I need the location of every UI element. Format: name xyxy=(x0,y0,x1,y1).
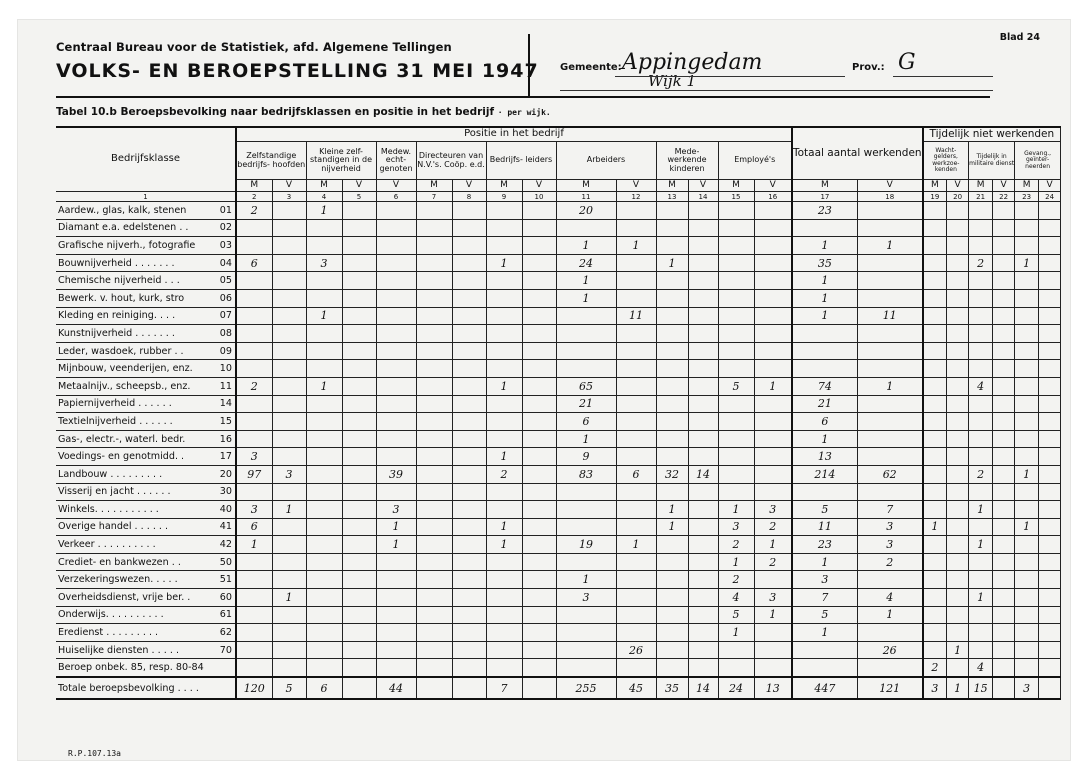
data-cell xyxy=(376,448,416,466)
data-cell xyxy=(556,553,616,571)
data-cell xyxy=(923,448,947,466)
row-code: 61 xyxy=(220,609,235,620)
data-cell xyxy=(688,641,718,659)
data-cell xyxy=(272,413,306,431)
data-cell xyxy=(1039,677,1061,699)
data-cell xyxy=(718,659,754,677)
data-cell: 1 xyxy=(656,518,688,536)
data-cell xyxy=(556,360,616,378)
data-cell xyxy=(754,272,792,290)
data-cell xyxy=(969,272,993,290)
data-cell: 45 xyxy=(616,677,656,699)
data-cell xyxy=(416,289,452,307)
form-code: R.P.107.13a xyxy=(68,749,121,758)
data-cell xyxy=(522,659,556,677)
table-row: Papiernijverheid . . . . . .142121 xyxy=(56,395,1061,413)
data-cell: 447 xyxy=(792,677,857,699)
data-cell xyxy=(452,272,486,290)
data-cell xyxy=(272,325,306,343)
data-cell: 26 xyxy=(857,641,922,659)
data-cell xyxy=(1039,518,1061,536)
data-cell xyxy=(306,219,342,237)
data-cell: 24 xyxy=(556,254,616,272)
data-cell xyxy=(656,413,688,431)
data-cell xyxy=(688,289,718,307)
data-cell: 5 xyxy=(272,677,306,699)
data-cell xyxy=(272,237,306,255)
data-cell xyxy=(947,624,969,642)
row-code: 08 xyxy=(220,328,235,339)
data-cell: 4 xyxy=(857,589,922,607)
data-cell xyxy=(656,272,688,290)
data-cell xyxy=(416,465,452,483)
gender-m-header: M xyxy=(923,180,947,192)
gender-v-header: V xyxy=(857,180,922,192)
data-cell xyxy=(688,606,718,624)
data-cell xyxy=(452,202,486,220)
data-cell xyxy=(342,448,376,466)
data-cell xyxy=(272,272,306,290)
data-cell xyxy=(522,413,556,431)
data-cell xyxy=(272,448,306,466)
data-cell xyxy=(556,342,616,360)
data-cell xyxy=(923,553,947,571)
data-cell xyxy=(416,237,452,255)
data-cell xyxy=(486,325,522,343)
data-cell xyxy=(754,483,792,501)
data-cell xyxy=(688,342,718,360)
row-label-text: Papiernijverheid . . . . . . xyxy=(58,398,172,409)
column-number: 14 xyxy=(688,192,718,202)
data-cell xyxy=(792,659,857,677)
data-cell xyxy=(656,606,688,624)
data-cell xyxy=(272,553,306,571)
data-cell xyxy=(656,237,688,255)
row-code: 17 xyxy=(220,451,235,462)
row-label: Landbouw . . . . . . . . .20 xyxy=(56,465,236,483)
column-number: 20 xyxy=(947,192,969,202)
data-cell xyxy=(376,289,416,307)
data-cell xyxy=(857,272,922,290)
data-cell xyxy=(272,219,306,237)
table-row: Winkels. . . . . . . . . . .40313113571 xyxy=(56,501,1061,519)
row-label-text: Chemische nijverheid . . . xyxy=(58,275,180,286)
data-cell xyxy=(923,289,947,307)
data-cell: 2 xyxy=(718,571,754,589)
data-cell xyxy=(416,202,452,220)
data-cell xyxy=(486,571,522,589)
table-title-suffix: · per wijk. xyxy=(498,108,551,117)
data-cell: 1 xyxy=(486,254,522,272)
data-cell xyxy=(1039,641,1061,659)
data-cell: 1 xyxy=(857,606,922,624)
row-label: Bewerk. v. hout, kurk, stro06 xyxy=(56,289,236,307)
data-cell xyxy=(656,483,688,501)
data-cell xyxy=(1015,307,1039,325)
gender-v-header: V xyxy=(452,180,486,192)
gemeente-underline xyxy=(615,76,845,77)
data-cell xyxy=(1015,589,1039,607)
data-cell xyxy=(1039,342,1061,360)
data-cell: 1 xyxy=(556,237,616,255)
data-cell xyxy=(993,342,1015,360)
data-cell xyxy=(272,360,306,378)
data-cell xyxy=(1039,606,1061,624)
data-cell xyxy=(857,395,922,413)
form-header: Centraal Bureau voor de Statistiek, afd.… xyxy=(56,40,546,82)
data-cell xyxy=(1015,219,1039,237)
row-code: 06 xyxy=(220,293,235,304)
data-cell xyxy=(306,483,342,501)
data-cell xyxy=(656,395,688,413)
data-cell xyxy=(993,571,1015,589)
data-cell: 1 xyxy=(656,254,688,272)
data-cell xyxy=(993,641,1015,659)
data-cell: 4 xyxy=(718,589,754,607)
table-row: Verzekeringswezen. . . . .51123 xyxy=(56,571,1061,589)
data-cell xyxy=(236,219,272,237)
data-cell xyxy=(616,272,656,290)
data-cell: 2 xyxy=(969,254,993,272)
data-cell: 3 xyxy=(306,254,342,272)
row-label-text: Gas-, electr.-, waterl. bedr. xyxy=(58,434,185,445)
data-cell xyxy=(656,430,688,448)
data-cell xyxy=(376,342,416,360)
data-cell xyxy=(306,395,342,413)
data-cell: 9 xyxy=(556,448,616,466)
table-row: Voedings- en genotmidd. .1731913 xyxy=(56,448,1061,466)
data-cell xyxy=(416,589,452,607)
data-cell: 19 xyxy=(556,536,616,554)
data-cell xyxy=(923,641,947,659)
data-cell xyxy=(993,413,1015,431)
data-cell: 3 xyxy=(236,501,272,519)
row-code: 05 xyxy=(220,275,235,286)
row-code: 30 xyxy=(220,486,235,497)
row-label-text: Overige handel . . . . . . xyxy=(58,521,168,532)
data-cell xyxy=(342,272,376,290)
data-cell xyxy=(1039,202,1061,220)
data-cell xyxy=(947,483,969,501)
row-label-text: Bouwnijverheid . . . . . . . xyxy=(58,258,175,269)
data-cell xyxy=(376,219,416,237)
table-row: Diamant e.a. edelstenen . .02 xyxy=(56,219,1061,237)
data-cell xyxy=(376,272,416,290)
gender-v-header: V xyxy=(947,180,969,192)
data-cell xyxy=(969,219,993,237)
data-cell xyxy=(522,624,556,642)
table-row: Onderwijs. . . . . . . . . .615151 xyxy=(56,606,1061,624)
data-cell xyxy=(754,360,792,378)
data-cell: 1 xyxy=(272,501,306,519)
gemeente-label: Gemeente: xyxy=(560,62,622,73)
gender-v-header: V xyxy=(376,180,416,192)
data-cell: 2 xyxy=(923,659,947,677)
data-cell xyxy=(1015,641,1039,659)
data-cell xyxy=(947,395,969,413)
table-row: Chemische nijverheid . . .0511 xyxy=(56,272,1061,290)
row-code: 40 xyxy=(220,504,235,515)
data-cell xyxy=(857,483,922,501)
data-cell xyxy=(993,325,1015,343)
data-cell xyxy=(522,677,556,699)
data-cell xyxy=(342,606,376,624)
data-cell xyxy=(452,254,486,272)
data-cell: 3 xyxy=(376,501,416,519)
data-cell xyxy=(452,606,486,624)
data-cell: 3 xyxy=(792,571,857,589)
data-cell xyxy=(754,395,792,413)
data-cell xyxy=(416,571,452,589)
data-cell xyxy=(522,589,556,607)
data-cell xyxy=(306,237,342,255)
data-cell: 14 xyxy=(688,465,718,483)
group-arbeiders: Arbeiders xyxy=(556,142,656,180)
data-cell xyxy=(522,289,556,307)
data-cell: 121 xyxy=(857,677,922,699)
group-gevangenen: Gevang., geïnter- neerden xyxy=(1015,142,1061,180)
data-cell xyxy=(452,624,486,642)
data-cell: 24 xyxy=(718,677,754,699)
data-cell xyxy=(416,448,452,466)
data-cell: 3 xyxy=(923,677,947,699)
data-cell xyxy=(969,641,993,659)
data-cell: 44 xyxy=(376,677,416,699)
row-label-text: Landbouw . . . . . . . . . xyxy=(58,469,162,480)
data-cell xyxy=(1039,448,1061,466)
row-label-text: Voedings- en genotmidd. . xyxy=(58,451,184,462)
data-cell: 21 xyxy=(556,395,616,413)
table-row: Kunstnijverheid . . . . . . .08 xyxy=(56,325,1061,343)
data-cell xyxy=(522,448,556,466)
row-label: Winkels. . . . . . . . . . .40 xyxy=(56,501,236,519)
data-cell xyxy=(342,430,376,448)
data-cell: 3 xyxy=(1015,677,1039,699)
data-cell xyxy=(993,677,1015,699)
row-code: 02 xyxy=(220,222,235,233)
row-label-text: Beroep onbek. 85, resp. 80-84 xyxy=(58,662,204,673)
wijk-value: Wijk 1 xyxy=(648,72,696,90)
row-label-text: Leder, wasdoek, rubber . . xyxy=(58,346,184,357)
data-cell xyxy=(993,501,1015,519)
data-cell xyxy=(993,518,1015,536)
data-cell: 5 xyxy=(718,606,754,624)
data-cell xyxy=(754,325,792,343)
row-label-text: Overheidsdienst, vrije ber. . xyxy=(58,592,190,603)
data-cell xyxy=(947,448,969,466)
data-cell: 2 xyxy=(754,553,792,571)
data-cell xyxy=(947,360,969,378)
data-cell xyxy=(556,641,616,659)
table-title-text: Tabel 10.b Beroepsbevolking naar bedrijf… xyxy=(56,106,494,118)
column-number: 12 xyxy=(616,192,656,202)
data-cell xyxy=(342,536,376,554)
data-cell xyxy=(616,413,656,431)
data-cell xyxy=(718,219,754,237)
data-cell xyxy=(306,571,342,589)
data-cell xyxy=(522,254,556,272)
data-cell xyxy=(718,254,754,272)
data-cell xyxy=(522,536,556,554)
data-cell xyxy=(522,342,556,360)
data-cell: 4 xyxy=(969,659,993,677)
gender-v-header: V xyxy=(616,180,656,192)
data-cell xyxy=(522,465,556,483)
data-cell xyxy=(947,377,969,395)
data-cell xyxy=(688,202,718,220)
data-cell xyxy=(486,395,522,413)
data-cell xyxy=(718,430,754,448)
gender-m-header: M xyxy=(486,180,522,192)
data-cell: 97 xyxy=(236,465,272,483)
data-cell xyxy=(452,659,486,677)
data-cell xyxy=(416,606,452,624)
column-number: 19 xyxy=(923,192,947,202)
data-cell xyxy=(556,518,616,536)
data-cell xyxy=(923,325,947,343)
data-cell: 13 xyxy=(754,677,792,699)
data-cell xyxy=(556,307,616,325)
gender-m-header: M xyxy=(236,180,272,192)
row-label: Overheidsdienst, vrije ber. .60 xyxy=(56,589,236,607)
data-cell xyxy=(616,553,656,571)
data-cell xyxy=(993,395,1015,413)
data-cell xyxy=(616,289,656,307)
data-cell xyxy=(1015,606,1039,624)
data-cell xyxy=(416,659,452,677)
group-militaire-dienst: Tijdelijk in militaire dienst xyxy=(969,142,1015,180)
data-cell xyxy=(1015,448,1039,466)
data-cell xyxy=(947,219,969,237)
data-cell xyxy=(556,624,616,642)
data-cell xyxy=(656,360,688,378)
data-cell xyxy=(272,641,306,659)
data-cell xyxy=(556,219,616,237)
data-cell xyxy=(1015,237,1039,255)
data-cell xyxy=(688,624,718,642)
data-cell xyxy=(792,342,857,360)
column-number: 6 xyxy=(376,192,416,202)
data-cell xyxy=(754,465,792,483)
data-cell xyxy=(452,589,486,607)
data-cell xyxy=(923,483,947,501)
data-cell xyxy=(1015,413,1039,431)
data-cell xyxy=(342,518,376,536)
data-cell xyxy=(754,289,792,307)
data-cell xyxy=(342,483,376,501)
data-cell: 20 xyxy=(556,202,616,220)
row-label: Eredienst . . . . . . . . .62 xyxy=(56,624,236,642)
data-cell xyxy=(272,342,306,360)
data-cell xyxy=(452,289,486,307)
data-cell: 7 xyxy=(857,501,922,519)
data-cell xyxy=(556,606,616,624)
data-cell: 1 xyxy=(718,501,754,519)
data-cell xyxy=(452,430,486,448)
data-cell xyxy=(616,395,656,413)
data-cell xyxy=(236,430,272,448)
column-number: 8 xyxy=(452,192,486,202)
data-cell xyxy=(923,202,947,220)
table-body: Aardew., glas, kalk, stenen01212023Diama… xyxy=(56,202,1061,700)
data-cell xyxy=(656,589,688,607)
data-cell: 1 xyxy=(718,624,754,642)
data-cell: 1 xyxy=(754,606,792,624)
data-cell xyxy=(923,377,947,395)
gender-v-header: V xyxy=(522,180,556,192)
data-cell xyxy=(688,413,718,431)
data-cell xyxy=(342,501,376,519)
data-cell: 1 xyxy=(486,448,522,466)
row-label-text: Visserij en jacht . . . . . . xyxy=(58,486,171,497)
data-cell xyxy=(1039,325,1061,343)
data-cell xyxy=(306,272,342,290)
data-cell xyxy=(857,289,922,307)
data-cell xyxy=(969,307,993,325)
data-cell xyxy=(376,624,416,642)
data-cell xyxy=(688,553,718,571)
data-cell xyxy=(688,483,718,501)
data-cell xyxy=(857,659,922,677)
data-cell: 5 xyxy=(792,606,857,624)
data-cell xyxy=(754,659,792,677)
data-cell xyxy=(923,589,947,607)
gender-m-header: M xyxy=(556,180,616,192)
data-cell xyxy=(754,307,792,325)
row-code: 42 xyxy=(220,539,235,550)
data-cell xyxy=(306,641,342,659)
row-label-text: Winkels. . . . . . . . . . . xyxy=(58,504,159,515)
data-cell xyxy=(376,641,416,659)
total-row: Totale beroepsbevolking . . . .120564472… xyxy=(56,677,1061,699)
data-cell xyxy=(416,342,452,360)
row-label: Verkeer . . . . . . . . . .42 xyxy=(56,536,236,554)
data-cell xyxy=(452,553,486,571)
data-cell xyxy=(306,325,342,343)
data-cell xyxy=(923,307,947,325)
data-cell xyxy=(416,413,452,431)
data-cell: 3 xyxy=(718,518,754,536)
row-label: Crediet- en bankwezen . .50 xyxy=(56,553,236,571)
row-label-text: Bewerk. v. hout, kurk, stro xyxy=(58,293,184,304)
row-label: Overige handel . . . . . .41 xyxy=(56,518,236,536)
data-cell xyxy=(947,589,969,607)
data-cell: 6 xyxy=(236,518,272,536)
row-label: Huiselijke diensten . . . . .70 xyxy=(56,641,236,659)
data-cell xyxy=(718,483,754,501)
data-cell xyxy=(522,571,556,589)
data-cell xyxy=(556,501,616,519)
data-cell xyxy=(688,501,718,519)
data-cell xyxy=(969,606,993,624)
data-cell xyxy=(1039,395,1061,413)
data-cell xyxy=(616,377,656,395)
data-cell xyxy=(236,659,272,677)
data-cell xyxy=(236,325,272,343)
data-cell xyxy=(969,413,993,431)
data-cell xyxy=(486,641,522,659)
data-cell xyxy=(452,360,486,378)
data-cell xyxy=(342,202,376,220)
data-cell xyxy=(486,589,522,607)
table-row: Eredienst . . . . . . . . .6211 xyxy=(56,624,1061,642)
data-cell xyxy=(1015,430,1039,448)
row-code: 10 xyxy=(220,363,235,374)
data-cell xyxy=(754,571,792,589)
data-cell xyxy=(656,659,688,677)
data-cell xyxy=(342,289,376,307)
data-cell xyxy=(376,307,416,325)
